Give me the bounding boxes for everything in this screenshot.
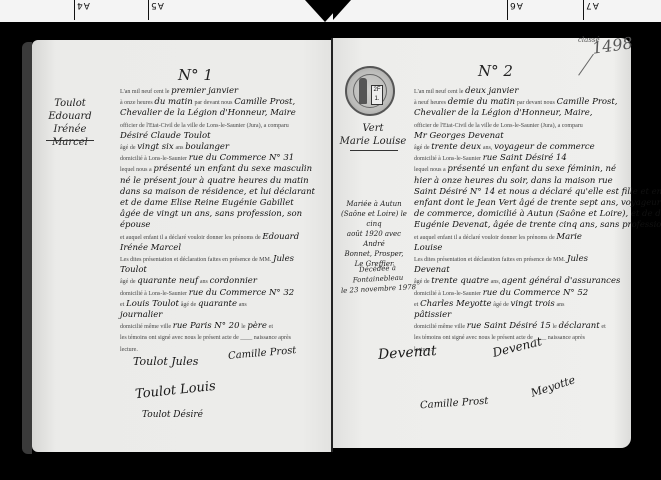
printed-text: à onze heures	[120, 100, 153, 106]
act-line: pâtissier	[414, 310, 451, 320]
printed-text: L'an mil neuf cent le	[120, 89, 169, 95]
printed-text: et auquel enfant il a déclaré vouloir do…	[120, 235, 261, 241]
act-line: Les dites présentation et déclaration fa…	[414, 254, 588, 265]
printed-text: et	[414, 302, 418, 308]
printed-text: domicilié à Lons-le-Saunier	[414, 156, 481, 162]
handwritten-text: Irénée Marcel	[120, 243, 181, 253]
handwritten-text: Jules	[567, 254, 588, 264]
act-line: Toulot	[120, 265, 147, 275]
act-line: Saint Désiré N° 14 et nous a déclaré qu'…	[414, 187, 661, 197]
handwritten-text: Saint Désiré N° 14 et nous a déclaré qu'…	[414, 187, 661, 197]
signature: Toulot Jules	[133, 355, 198, 368]
act-line: domicilié même ville rue Paris N° 20 le …	[120, 321, 273, 332]
margin-rule	[350, 150, 398, 151]
printed-text: âgé de	[414, 279, 430, 285]
handwritten-text: Mr Georges Devenat	[414, 131, 504, 141]
act-line: L'an mil neuf cent le premier janvier	[120, 86, 238, 97]
act-line: domicilié à Lons-le-Saunier rue du Comme…	[120, 288, 294, 299]
printed-text: âgé de	[120, 279, 136, 285]
handwritten-text: Jules	[273, 254, 294, 264]
act-line: et de dame Elise Reine Eugénie Gabillet	[120, 198, 294, 208]
printed-text: et	[120, 302, 124, 308]
handwritten-text: premier janvier	[171, 86, 238, 96]
printed-text: le	[241, 324, 245, 330]
handwritten-text: Louis Toulot	[126, 299, 179, 309]
handwritten-text: deux janvier	[465, 86, 518, 96]
handwritten-text: Chevalier de la Légion d'Honneur, Maire	[120, 108, 296, 118]
marianne-figure	[359, 78, 367, 104]
handwritten-text: cordonnier	[210, 276, 257, 286]
act-line: domicilié à Lons-le-Saunier rue Saint Dé…	[414, 153, 567, 164]
act-line: lequel nous a présenté un enfant du sexe…	[414, 164, 616, 175]
act-line: et Louis Toulot âgé de quarante ans	[120, 299, 247, 310]
printed-text: officier de l'Etat-Civil de la ville de …	[414, 123, 583, 129]
death-annotation: Décédée à Fontainebleau le 23 novembre 1…	[337, 262, 418, 296]
act-line: Chevalier de la Légion d'Honneur, Maire	[120, 108, 296, 118]
handwritten-text: dans sa maison de résidence, et lui décl…	[120, 187, 315, 197]
act-line: journalier	[120, 310, 162, 320]
handwritten-text: quarante	[198, 299, 237, 309]
printed-text: L'an mil neuf cent le	[414, 89, 463, 95]
handwritten-text: rue du Commerce N° 52	[483, 288, 588, 298]
printed-text: lequel nous a	[414, 167, 446, 173]
handwritten-text: vingt trois	[511, 299, 555, 309]
handwritten-text: né le présent jour à quatre heures du ma…	[120, 176, 309, 186]
handwritten-text: vingt six	[137, 142, 173, 152]
act-line: Chevalier de la Légion d'Honneur, Maire,	[414, 108, 592, 118]
republic-seal: 2F 1.	[345, 66, 395, 116]
handwritten-text: présenté un enfant du sexe féminin, né	[447, 164, 616, 174]
printed-text: par devant nous	[195, 100, 233, 106]
act-line: les témoins ont signé avec nous le prése…	[120, 332, 291, 343]
act-line: de commerce, domicilié à Autun (Saône et…	[414, 209, 661, 219]
printed-text: et auquel enfant il a déclaré vouloir do…	[414, 235, 555, 241]
act-line: épouse	[120, 220, 150, 230]
act-line: et auquel enfant il a déclaré vouloir do…	[414, 232, 582, 243]
printed-text: domicilié à Lons-le-Saunier	[414, 291, 481, 297]
printed-text: âgé de	[493, 302, 509, 308]
act-line: Les dites présentation et déclaration fa…	[120, 254, 294, 265]
act-line: enfant dont le Jean Vert âgé de trente s…	[414, 198, 661, 208]
handwritten-text: boulanger	[185, 142, 229, 152]
signature: Toulot Désiré	[142, 410, 203, 420]
act-line: né le présent jour à quatre heures du ma…	[120, 176, 309, 186]
microfilm-strip: A4 A5 A6 A7	[0, 0, 661, 22]
printed-text: les témoins ont signé avec nous le prése…	[414, 335, 585, 341]
printed-text: domicilié même ville	[414, 324, 465, 330]
act-line: dans sa maison de résidence, et lui décl…	[120, 187, 315, 197]
margin-rule	[46, 140, 94, 141]
act-line: Devenat	[414, 265, 450, 275]
handwritten-text: demie du matin	[448, 97, 515, 107]
act-line: âgé de trente quatre ans, agent général …	[414, 276, 620, 287]
printed-text: ans	[557, 302, 565, 308]
printed-text: domicilié à Lons-le-Saunier	[120, 156, 187, 162]
printed-text: ans	[239, 302, 247, 308]
handwritten-text: Désiré Claude Toulot	[120, 131, 211, 141]
act-line: domicilié à Lons-le-Saunier rue du Comme…	[120, 153, 294, 164]
handwritten-text: épouse	[120, 220, 150, 230]
marriage-annotation: Mariée à Autun (Saône et Loire) le cinq …	[337, 199, 411, 269]
printed-text: Les dites présentation et déclaration fa…	[120, 257, 271, 263]
handwritten-text: et de dame Elise Reine Eugénie Gabillet	[120, 198, 294, 208]
handwritten-text: Louise	[414, 243, 442, 253]
act-number: N° 1	[178, 66, 213, 84]
act-line: âgée de vingt un ans, sans profession, s…	[120, 209, 302, 219]
printed-text: à neuf heures	[414, 100, 446, 106]
handwritten-text: Chevalier de la Légion d'Honneur, Maire,	[414, 108, 592, 118]
handwritten-text: Charles Meyotte	[420, 299, 491, 309]
act-line: âgé de trente deux ans, voyageur de comm…	[414, 142, 595, 153]
printed-text: le	[553, 324, 557, 330]
act-line: Mr Georges Devenat	[414, 131, 504, 141]
act-line: et Charles Meyotte âgé de vingt trois an…	[414, 299, 565, 310]
act-line: Désiré Claude Toulot	[120, 131, 211, 141]
handwritten-text: hier à onze heures du soir, dans la mais…	[414, 176, 613, 186]
handwritten-text: rue Saint Désiré 15	[467, 321, 551, 331]
act-line: Irénée Marcel	[120, 243, 181, 253]
tax-stamp: 2F 1.	[371, 85, 383, 105]
handwritten-text: Camille Prost,	[557, 97, 618, 107]
handwritten-text: de commerce, domicilié à Autun (Saône et…	[414, 209, 661, 219]
printed-text: ans	[175, 145, 183, 151]
act-line: officier de l'Etat-Civil de la ville de …	[120, 120, 289, 131]
handwritten-text: trente deux	[431, 142, 481, 152]
act-line: âgé de vingt six ans boulanger	[120, 142, 229, 153]
act-line: domicilié à Lons-le-Saunier rue du Comme…	[414, 288, 588, 299]
center-marker-right	[333, 0, 351, 20]
printed-text: domicilié à Lons-le-Saunier	[120, 291, 187, 297]
handwritten-text: Toulot	[120, 265, 147, 275]
printed-text: ans,	[491, 279, 501, 285]
act-line: Eugénie Devenat, âgée de trente cinq ans…	[414, 220, 661, 230]
handwritten-text: pâtissier	[414, 310, 451, 320]
act-line: Louise	[414, 243, 442, 253]
act-line: L'an mil neuf cent le deux janvier	[414, 86, 518, 97]
printed-text: âgé de	[414, 145, 430, 151]
handwritten-text: rue du Commerce N° 32	[189, 288, 294, 298]
handwritten-text: rue Paris N° 20	[173, 321, 240, 331]
handwritten-text: rue du Commerce N° 31	[189, 153, 294, 163]
act-number: N° 2	[478, 62, 513, 80]
handwritten-text: Marie	[556, 232, 582, 242]
handwritten-text: quarante neuf	[137, 276, 198, 286]
act-line: les témoins ont signé avec nous le prése…	[414, 332, 585, 343]
printed-text: ans,	[483, 145, 493, 151]
printed-text: Les dites présentation et déclaration fa…	[414, 257, 565, 263]
handwritten-text: père	[247, 321, 267, 331]
printed-text: ans	[200, 279, 208, 285]
handwritten-text: journalier	[120, 310, 162, 320]
printed-text: et	[601, 324, 605, 330]
handwritten-text: rue Saint Désiré 14	[483, 153, 567, 163]
printed-text: âgé de	[181, 302, 197, 308]
handwritten-text: voyageur de commerce	[494, 142, 595, 152]
act-line: officier de l'Etat-Civil de la ville de …	[414, 120, 583, 131]
printed-text: domicilié même ville	[120, 324, 171, 330]
act-line: hier à onze heures du soir, dans la mais…	[414, 176, 613, 186]
printed-text: et	[269, 324, 273, 330]
printed-text: par devant nous	[517, 100, 555, 106]
act-line: à onze heures du matin par devant nous C…	[120, 97, 295, 108]
printed-text: lecture.	[120, 347, 138, 353]
book-edge	[22, 42, 32, 454]
handwritten-text: Devenat	[414, 265, 450, 275]
margin-name: Toulot Edouard Irénée Marcel	[36, 97, 104, 149]
margin-name: Vert Marie Louise	[337, 122, 409, 148]
act-line: et auquel enfant il a déclaré vouloir do…	[120, 232, 299, 243]
handwritten-text: enfant dont le Jean Vert âgé de trente s…	[414, 198, 661, 208]
act-line: à neuf heures demie du matin par devant …	[414, 97, 617, 108]
act-line: domicilié même ville rue Saint Désiré 15…	[414, 321, 606, 332]
printed-text: les témoins ont signé avec nous le prése…	[120, 335, 291, 341]
handwritten-text: Eugénie Devenat, âgée de trente cinq ans…	[414, 220, 661, 230]
handwritten-text: âgée de vingt un ans, sans profession, s…	[120, 209, 302, 219]
handwritten-text: déclarant	[559, 321, 600, 331]
printed-text: âgé de	[120, 145, 136, 151]
act-line: lecture.	[120, 344, 138, 355]
act-line: lequel nous a présenté un enfant du sexe…	[120, 164, 312, 175]
act-line: âgé de quarante neuf ans cordonnier	[120, 276, 257, 287]
printed-text: officier de l'Etat-Civil de la ville de …	[120, 123, 289, 129]
printed-text: lequel nous a	[120, 167, 152, 173]
handwritten-text: Camille Prost,	[234, 97, 295, 107]
handwritten-text: trente quatre	[431, 276, 489, 286]
handwritten-text: présenté un enfant du sexe masculin	[153, 164, 312, 174]
handwritten-text: du matin	[154, 97, 192, 107]
handwritten-text: Edouard	[262, 232, 299, 242]
handwritten-text: agent général d'assurances	[502, 276, 620, 286]
